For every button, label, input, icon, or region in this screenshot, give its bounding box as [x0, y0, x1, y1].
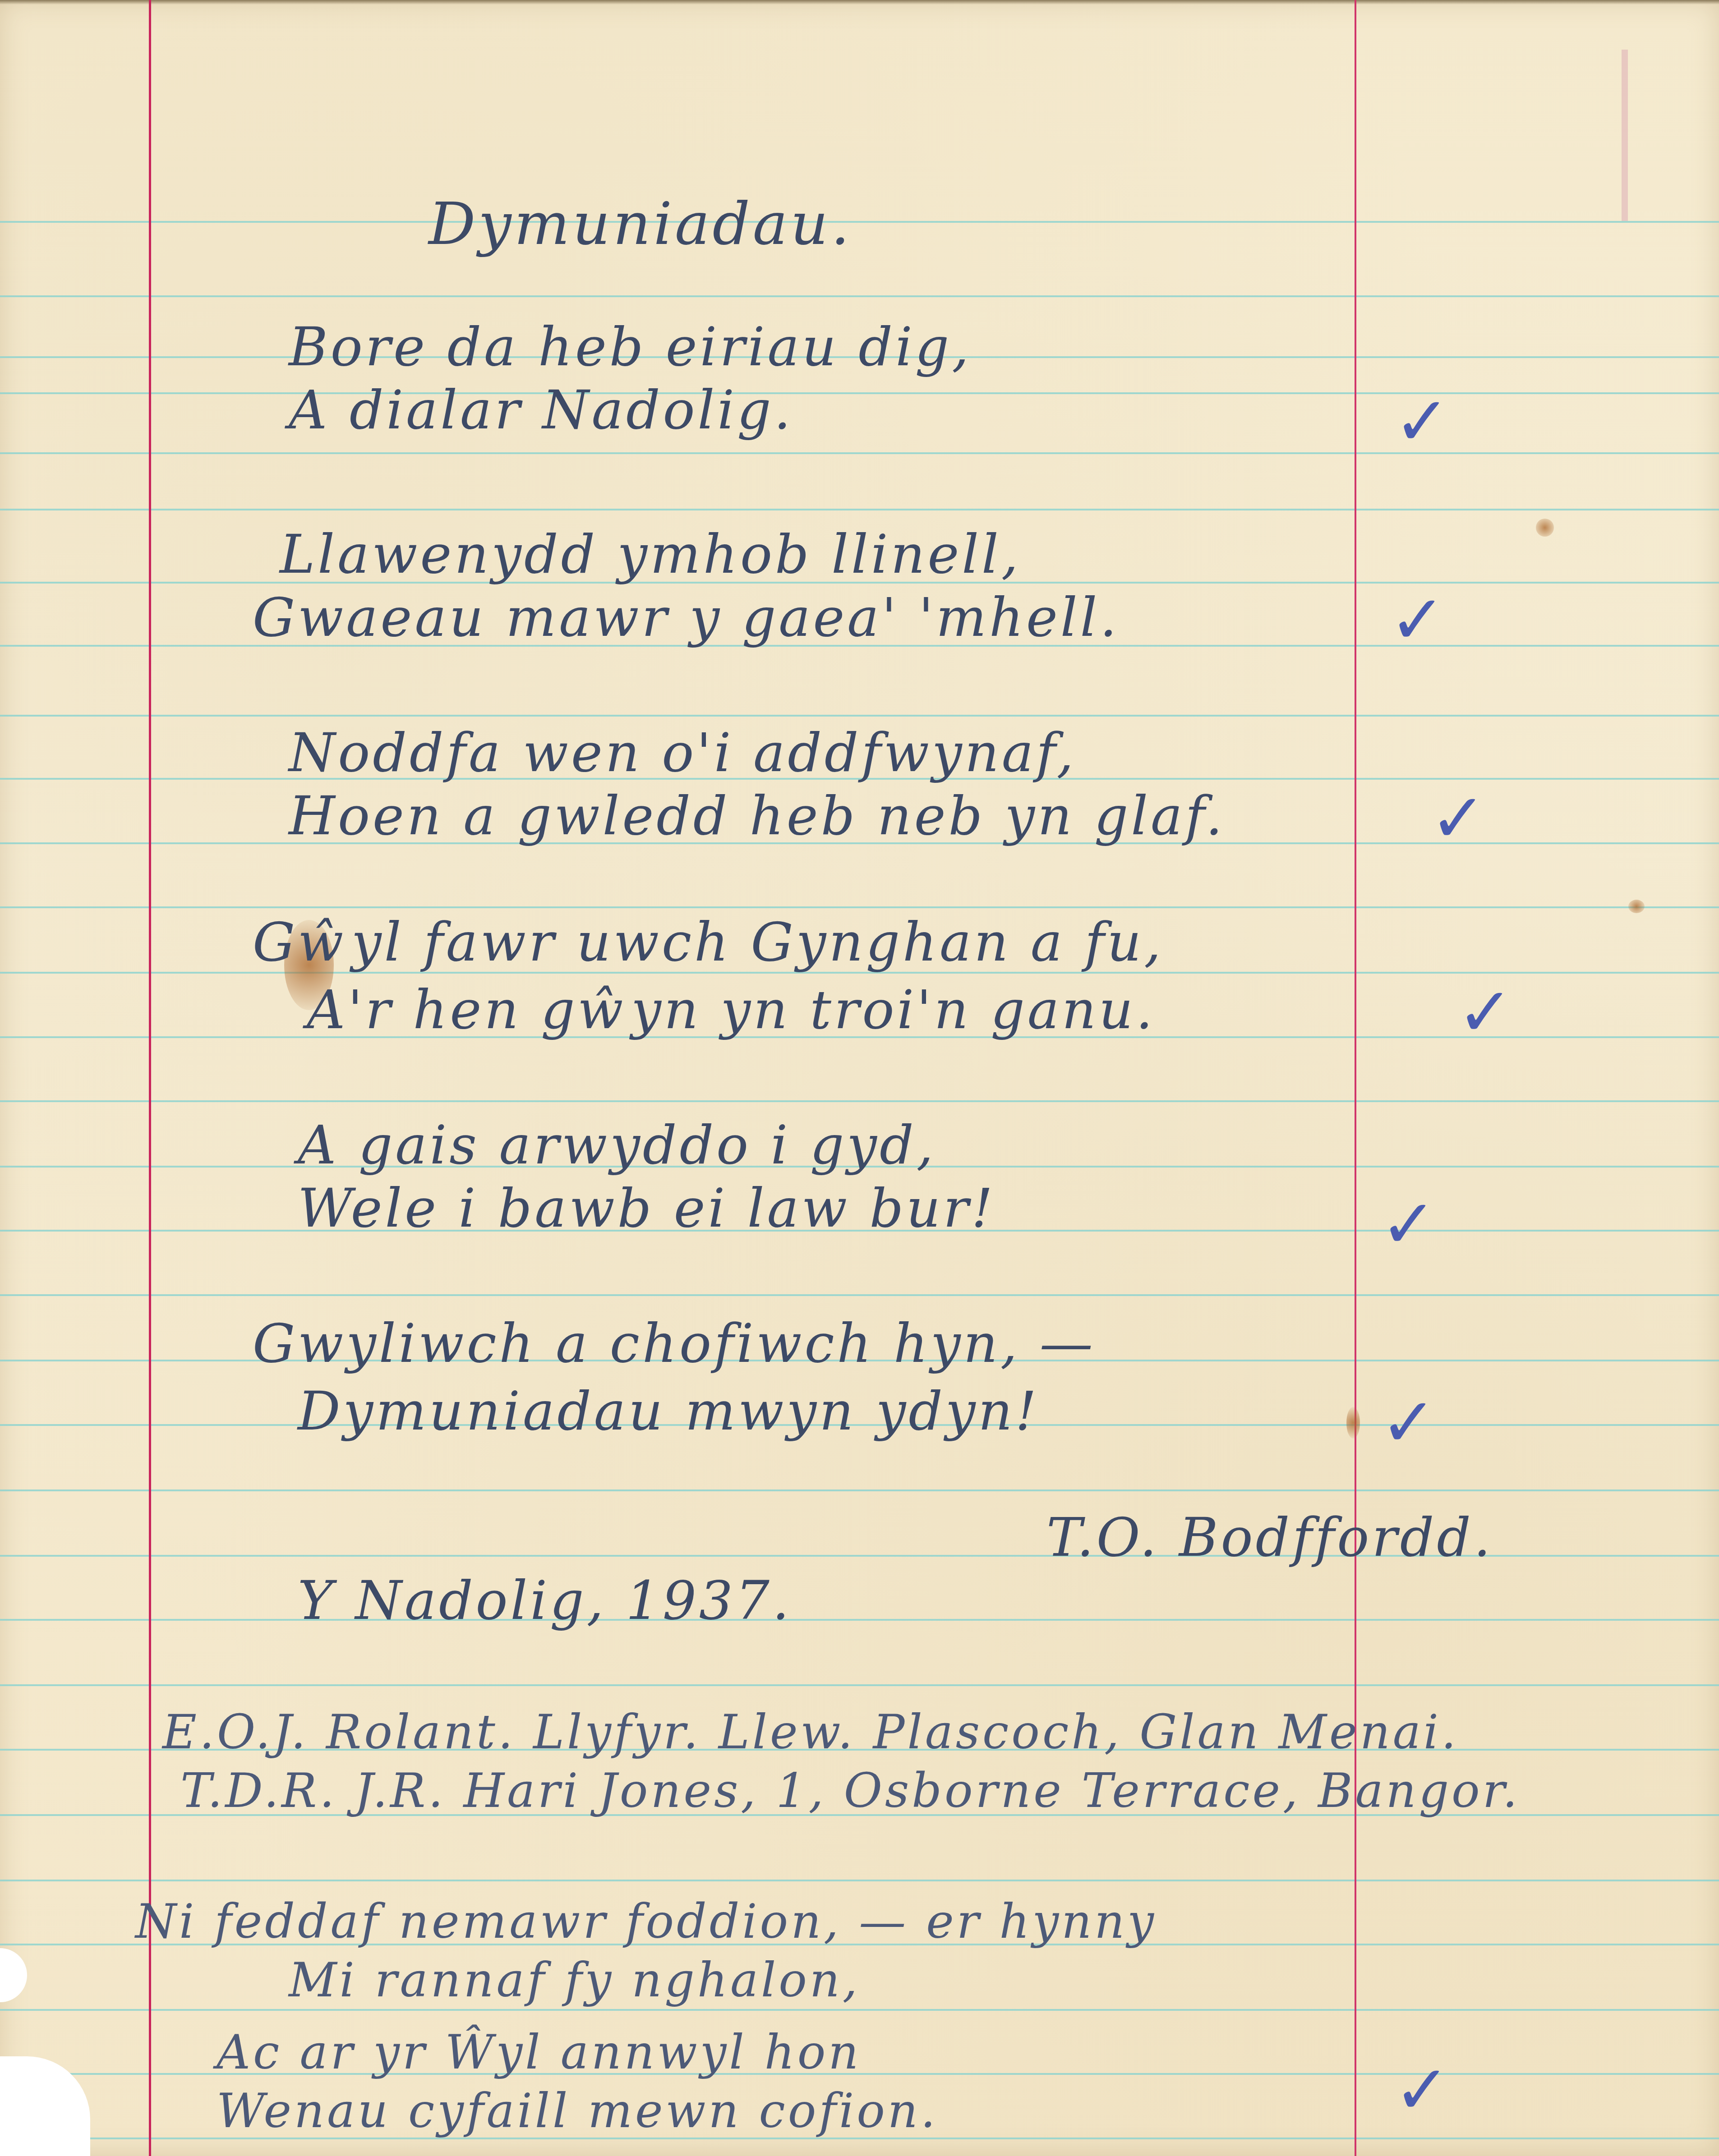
- ruled-line: [0, 509, 1719, 510]
- ruled-line: [0, 452, 1719, 454]
- ruled-line: [0, 221, 1719, 223]
- ruled-line: [0, 392, 1719, 394]
- poem-line: Llawenydd ymhob llinell,: [280, 523, 1021, 585]
- rust-spot: [1536, 519, 1554, 537]
- poem-line: Hoen a gwledd heb neb yn glaf.: [289, 785, 1225, 847]
- poem-line: Wele i bawb ei law bur!: [298, 1177, 995, 1239]
- poem-line: A gais arwyddo i gyd,: [298, 1114, 936, 1176]
- faint-margin-mark: [1622, 50, 1628, 221]
- closing-line: Wenau cyfaill mewn cofion.: [217, 2083, 938, 2138]
- poem-line: Bore da heb eiriau dig,: [289, 316, 972, 378]
- ruled-line: [0, 906, 1719, 908]
- rust-spot: [1628, 900, 1645, 913]
- check-mark-icon: ✓: [1380, 1389, 1437, 1457]
- closing-line: Ac ar yr Ŵyl annwyl hon: [217, 2025, 861, 2080]
- ruled-line: [0, 715, 1719, 717]
- closing-line: Mi rannaf fy nghalon,: [289, 1953, 860, 2008]
- rust-spot: [1346, 1407, 1360, 1439]
- poem-line: A'r hen gŵyn yn troi'n ganu.: [307, 979, 1156, 1041]
- ruled-line: [0, 295, 1719, 297]
- paper-top-edge: [0, 0, 1719, 5]
- check-mark-icon: ✓: [1457, 979, 1514, 1046]
- right-margin-line: [1355, 0, 1356, 2156]
- poem-line: Noddfa wen o'i addfwynaf,: [289, 722, 1076, 784]
- ruled-line: [0, 1100, 1719, 1102]
- poem-line: Gŵyl fawr uwch Gynghan a fu,: [253, 911, 1164, 973]
- recipient-line: T.D.R. J.R. Hari Jones, 1, Osborne Terra…: [180, 1763, 1520, 1818]
- date: Y Nadolig, 1937.: [298, 1569, 792, 1632]
- poem-line: Gwyliwch a chofiwch hyn, —: [253, 1312, 1096, 1375]
- poem-line: Gwaeau mawr y gaea' 'mhell.: [253, 586, 1120, 648]
- poem-title: Dymuniadau.: [429, 189, 852, 258]
- poem-line: A dialar Nadolig.: [289, 379, 793, 441]
- ruled-line: [0, 1294, 1719, 1296]
- check-mark-icon: ✓: [1394, 388, 1451, 455]
- check-mark-icon: ✓: [1389, 586, 1446, 654]
- ruled-line: [0, 2009, 1719, 2011]
- ruled-line: [0, 1684, 1719, 1686]
- ruled-line: [0, 1489, 1719, 1491]
- check-mark-icon: ✓: [1430, 785, 1487, 852]
- closing-line: Ni feddaf nemawr foddion, — er hynny: [135, 1894, 1157, 1949]
- check-mark-icon: ✓: [1380, 1191, 1437, 1258]
- signature: T.O. Bodffordd.: [1046, 1506, 1493, 1568]
- poem-line: Dymuniadau mwyn ydyn!: [298, 1380, 1039, 1442]
- ruled-line: [0, 1619, 1719, 1621]
- ruled-line: [0, 1880, 1719, 1881]
- recipient-line: E.O.J. Rolant. Llyfyr. Llew. Plascoch, G…: [162, 1705, 1459, 1760]
- check-mark-icon: ✓: [1394, 2056, 1451, 2124]
- left-margin-line: [149, 0, 151, 2156]
